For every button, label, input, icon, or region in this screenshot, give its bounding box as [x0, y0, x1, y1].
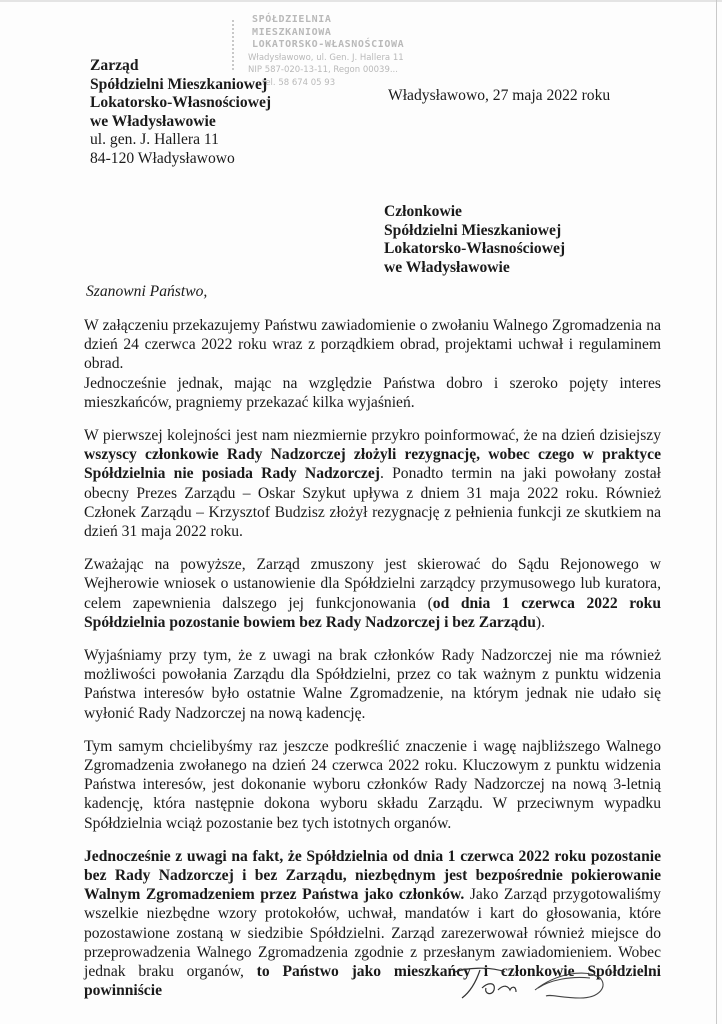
sender-address: Zarząd Spółdzielni Mieszkaniowej Lokator…	[90, 57, 271, 169]
letter-body: W załączeniu przekazujemy Państwu zawiad…	[84, 316, 661, 1015]
paragraph: W pierwszej kolejności jest nam niezmier…	[84, 426, 661, 541]
paragraph: Wyjaśniamy przy tym, że z uwagi na brak …	[84, 646, 661, 723]
recipient-line: Spółdzielni Mieszkaniowej	[384, 222, 565, 241]
sender-line: Lokatorsko-Własnościowej	[90, 94, 271, 113]
paragraph: Zważając na powyższe, Zarząd zmuszony je…	[84, 555, 661, 632]
paragraph-text: ).	[536, 614, 545, 631]
paragraph-text: W pierwszej kolejności jest nam niezmier…	[84, 427, 661, 444]
scan-right-edge	[716, 0, 717, 1024]
sender-line: Zarząd	[90, 57, 271, 76]
document-page: SPÓŁDZIELNIA MIESZKANIOWA LOKATORSKO-WŁA…	[0, 0, 722, 1024]
paragraph: W załączeniu przekazujemy Państwu zawiad…	[84, 316, 661, 374]
salutation: Szanowni Państwo,	[86, 283, 207, 301]
sender-line: 84-120 Władysławowo	[90, 150, 271, 169]
recipient-line: we Władysławowie	[384, 259, 565, 278]
signature-icon	[450, 960, 610, 1010]
sender-line: Spółdzielni Mieszkaniowej	[90, 76, 271, 95]
recipient-line: Członkowie	[384, 203, 565, 222]
letter-date: Władysławowo, 27 maja 2022 roku	[388, 87, 610, 105]
paragraph: Tym samym chcielibyśmy raz jeszcze podkr…	[84, 737, 661, 833]
stamp-line: LOKATORSKO-WŁASNOŚCIOWA	[232, 39, 412, 52]
recipient-line: Lokatorsko-Własnościowej	[384, 240, 565, 259]
stamp-line: SPÓŁDZIELNIA MIESZKANIOWA	[232, 14, 412, 39]
sender-line: ul. gen. J. Hallera 11	[90, 131, 271, 150]
sender-line: we Władysławowie	[90, 113, 271, 132]
scan-top-edge	[0, 0, 722, 2]
paragraph: Jednocześnie jednak, mając na względzie …	[84, 374, 661, 412]
recipient-address: Członkowie Spółdzielni Mieszkaniowej Lok…	[384, 203, 565, 277]
